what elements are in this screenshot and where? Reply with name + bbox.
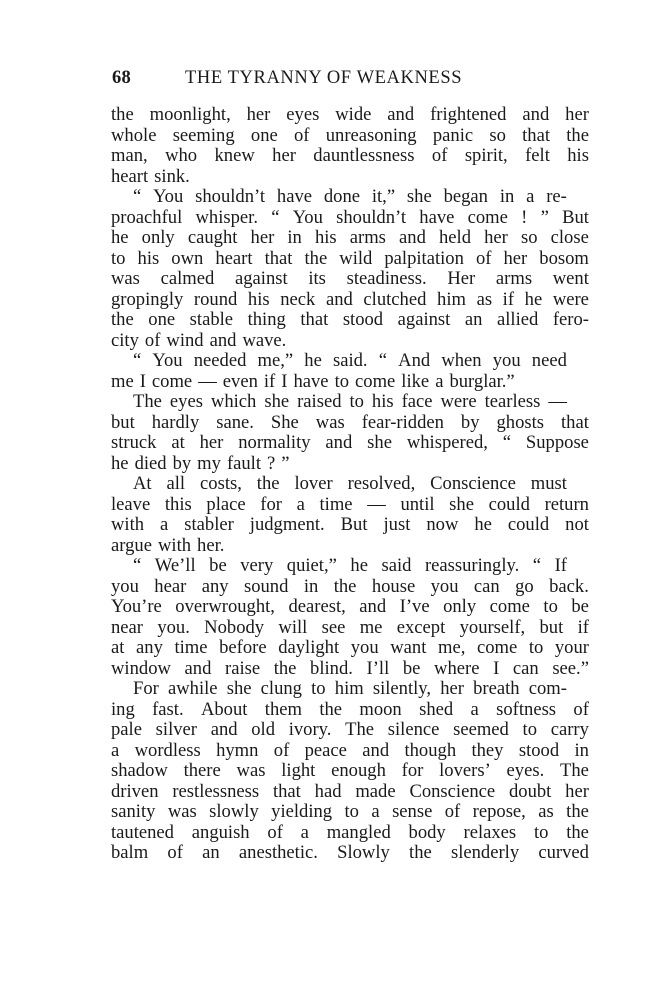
body-text: themoonlight,hereyeswideandfrightenedand…: [111, 105, 589, 864]
text-line: gropinglyroundhisneckandclutchedhimasifh…: [111, 290, 589, 311]
text-line: sanitywasslowlyyieldingtoasenseofrepose,…: [111, 802, 589, 823]
word: But: [341, 515, 368, 536]
word: eyes.: [507, 761, 545, 782]
word: to: [534, 823, 548, 844]
word: will: [278, 618, 307, 639]
word: I: [140, 372, 146, 393]
word: daylight: [278, 638, 339, 659]
word: to: [311, 679, 325, 700]
text-line-content: windowandraisetheblind.I’llbewhereIcanse…: [111, 659, 589, 680]
text-line-content: “Youneededme,”hesaid.“Andwhenyouneed: [133, 351, 567, 372]
word: judgment.: [250, 515, 325, 536]
word: carry: [551, 720, 589, 741]
word: her.: [197, 536, 224, 557]
word: sound: [244, 577, 288, 598]
word: The: [560, 761, 589, 782]
word: his: [567, 146, 589, 167]
word: were: [441, 392, 477, 413]
word: come: [152, 372, 192, 393]
word: her: [272, 146, 296, 167]
word: you: [431, 577, 459, 598]
word: own: [171, 249, 203, 270]
word: time: [174, 638, 207, 659]
word: reassuringly.: [425, 556, 519, 577]
word: in: [304, 577, 318, 598]
text-line: Forawhilesheclungtohimsilently,herbreath…: [111, 679, 589, 700]
word: its: [308, 269, 326, 290]
word: but: [111, 413, 135, 434]
word: mangled: [327, 823, 391, 844]
word: can: [513, 659, 539, 680]
word: costs,: [200, 474, 242, 495]
text-line: themoonlight,hereyeswideandfrightenedand…: [111, 105, 589, 126]
word: About: [201, 700, 247, 721]
word: lover: [294, 474, 332, 495]
word: anguish: [192, 823, 250, 844]
word: arms: [496, 269, 532, 290]
word: against: [398, 310, 451, 331]
word: shadow: [111, 761, 168, 782]
word: she: [264, 392, 289, 413]
text-line: proachfulwhisper.“Youshouldn’thavecome!”…: [111, 208, 589, 229]
word: have: [419, 208, 454, 229]
word: and: [387, 105, 414, 126]
word: she: [449, 495, 474, 516]
word: that: [273, 782, 301, 803]
word: dauntlessness: [313, 146, 414, 167]
word: If: [555, 556, 567, 577]
text-line: shadowtherewaslightenoughforlovers’eyes.…: [111, 761, 589, 782]
word: have: [277, 187, 312, 208]
word: them: [265, 700, 302, 721]
word: sanity: [111, 802, 155, 823]
text-line: atanytimebeforedaylightyouwantme,cometoy…: [111, 638, 589, 659]
word: blind.: [310, 659, 353, 680]
word: against: [235, 269, 288, 290]
text-line-content: awordlesshymnofpeaceandthoughtheystoodin: [111, 741, 589, 762]
text-line-content: ingfast.Aboutthemthemoonshedasoftnessof: [111, 700, 589, 721]
text-line-content: heonlycaughtherinhisarmsandheldhersoclos…: [111, 228, 589, 249]
word: and: [185, 659, 212, 680]
word: fault: [227, 454, 261, 475]
word: shouldn’t: [336, 208, 406, 229]
word: thing: [248, 310, 286, 331]
word: yielding: [271, 802, 332, 823]
word: when: [441, 351, 481, 372]
word: —: [548, 392, 567, 413]
word: She: [271, 413, 299, 434]
text-line: cityofwindandwave.: [111, 331, 589, 352]
word: the: [274, 659, 297, 680]
word: light: [281, 761, 315, 782]
word: they: [471, 741, 503, 762]
word: see: [322, 618, 346, 639]
word: and: [362, 741, 389, 762]
text-line-content: wholeseemingoneofunreasoningpanicsothatt…: [111, 126, 589, 147]
word: and: [326, 290, 353, 311]
word: arms: [350, 228, 386, 249]
word: go: [515, 577, 534, 598]
word: be: [403, 659, 421, 680]
word: this: [165, 495, 192, 516]
text-line: buthardlysane.Shewasfear-riddenbyghostst…: [111, 413, 589, 434]
word: The: [345, 720, 374, 741]
word: just: [384, 515, 411, 536]
word: balm: [111, 843, 148, 864]
word: by: [461, 413, 480, 434]
word: burglar.”: [449, 372, 514, 393]
word: moon: [359, 700, 401, 721]
text-line: Atallcosts,theloverresolved,Consciencemu…: [111, 474, 589, 495]
word: wind: [166, 331, 203, 352]
word: “: [133, 351, 141, 372]
word: any: [202, 577, 229, 598]
word: my: [197, 454, 221, 475]
word: caught: [188, 228, 238, 249]
word: he: [350, 556, 368, 577]
word: she: [407, 187, 432, 208]
word: I’ve: [400, 597, 430, 618]
text-line-content: “Youshouldn’thavedoneit,”shebeganinare-: [133, 187, 567, 208]
word: You: [153, 187, 183, 208]
word: to: [523, 720, 537, 741]
word: to: [529, 638, 543, 659]
word: Conscience: [430, 474, 516, 495]
word: wordless: [135, 741, 201, 762]
word: of: [476, 249, 492, 270]
text-line: youhearanysoundinthehouseyoucangoback.: [111, 577, 589, 598]
word: was: [111, 269, 140, 290]
word: a: [301, 823, 309, 844]
text-line-content: theonestablethingthatstoodagainstanallie…: [111, 310, 589, 331]
word: face: [402, 392, 433, 413]
word: moonlight,: [150, 105, 231, 126]
word: Nobody: [204, 618, 264, 639]
word: only: [443, 597, 476, 618]
word: sense: [392, 802, 432, 823]
word: could: [508, 515, 549, 536]
word: tearless: [485, 392, 541, 413]
word: ghosts: [496, 413, 544, 434]
word: hymn: [216, 741, 258, 762]
word: ”: [281, 454, 289, 475]
word: needed: [194, 351, 247, 372]
word: of: [445, 802, 461, 823]
word: that: [265, 249, 293, 270]
text-line: leavethisplaceforatime—untilshecouldretu…: [111, 495, 589, 516]
word: whole: [111, 126, 156, 147]
word: Slowly: [337, 843, 390, 864]
word: ?: [267, 454, 275, 475]
text-line: wholeseemingoneofunreasoningpanicsothatt…: [111, 126, 589, 147]
word: spirit,: [465, 146, 508, 167]
word: the: [409, 843, 432, 864]
word: calmed: [161, 269, 215, 290]
word: peace: [305, 741, 347, 762]
word: one: [251, 126, 278, 147]
word: shed: [419, 700, 453, 721]
word: breath: [473, 679, 519, 700]
word: the: [305, 249, 328, 270]
word: The: [133, 392, 162, 413]
word: argue: [111, 536, 152, 557]
text-line: “Youshouldn’thavedoneit,”shebeganinare-: [111, 187, 589, 208]
word: said: [381, 556, 411, 577]
word: but: [539, 618, 563, 639]
word: a: [371, 802, 379, 823]
word: very: [240, 556, 273, 577]
word: You’re: [111, 597, 162, 618]
text-line-content: balmofananesthetic.Slowlytheslenderlycur…: [111, 843, 589, 864]
word: softness: [496, 700, 556, 721]
word: began: [444, 187, 488, 208]
word: he: [474, 515, 492, 536]
word: he: [525, 290, 543, 311]
word: in: [287, 228, 301, 249]
text-line-content: Theeyeswhichsheraisedtohisfaceweretearle…: [133, 392, 567, 413]
word: me,”: [258, 351, 294, 372]
word: at: [171, 433, 184, 454]
word: eyes: [286, 105, 319, 126]
word: near: [111, 618, 143, 639]
word: “: [379, 351, 387, 372]
text-line: heonlycaughtherinhisarmsandheldhersoclos…: [111, 228, 589, 249]
word: “: [133, 556, 141, 577]
word: house: [372, 577, 415, 598]
word: me: [111, 372, 134, 393]
word: not: [565, 515, 589, 536]
word: her: [200, 433, 224, 454]
word: her: [251, 228, 275, 249]
word: held: [439, 228, 471, 249]
text-line: “Youneededme,”hesaid.“Andwhenyouneed: [111, 351, 589, 372]
word: pale: [111, 720, 142, 741]
word: silently,: [373, 679, 431, 700]
word: me,: [438, 638, 465, 659]
word: a: [297, 495, 305, 516]
text-line: nearyou.Nobodywillseemeexceptyourself,bu…: [111, 618, 589, 639]
word: have: [293, 372, 328, 393]
word: ”: [541, 208, 549, 229]
text-line-content: buthardlysane.Shewasfear-riddenbyghostst…: [111, 413, 589, 434]
text-line-content: “We’llbeveryquiet,”hesaidreassuringly.“I…: [133, 556, 567, 577]
word: city: [111, 331, 139, 352]
text-line-content: struckathernormalityandshewhispered,“Sup…: [111, 433, 589, 454]
word: like: [401, 372, 429, 393]
word: palpitation: [384, 249, 464, 270]
word: seemed: [453, 720, 509, 741]
text-line-content: palesilverandoldivory.Thesilenceseemedto…: [111, 720, 589, 741]
word: round: [194, 290, 237, 311]
text-line-content: wascalmedagainstitssteadiness.Herarmswen…: [111, 269, 589, 290]
word: restlessness: [172, 782, 259, 803]
word: need: [532, 351, 567, 372]
text-line: drivenrestlessnessthathadmadeConscienced…: [111, 782, 589, 803]
word: had: [315, 782, 342, 803]
running-head: 68 THE TYRANNY OF WEAKNESS: [111, 66, 589, 90]
text-line: arguewithher.: [111, 536, 589, 557]
word: fast.: [152, 700, 184, 721]
word: the: [566, 126, 589, 147]
word: I: [281, 372, 287, 393]
word: me: [360, 618, 383, 639]
word: though: [404, 741, 456, 762]
word: you.: [157, 618, 190, 639]
text-line-content: Atallcosts,theloverresolved,Consciencemu…: [133, 474, 567, 495]
word: his: [372, 392, 394, 413]
word: one: [148, 310, 175, 331]
word: until: [400, 495, 434, 516]
word: com-: [529, 679, 567, 700]
word: come: [355, 372, 395, 393]
word: And: [398, 351, 430, 372]
word: Suppose: [526, 433, 589, 454]
word: you: [493, 351, 521, 372]
word: be: [571, 597, 589, 618]
word: died: [135, 454, 167, 475]
word: stabler: [184, 515, 234, 536]
word: and: [211, 720, 238, 741]
text-line: ingfast.Aboutthemthemoonshedasoftnessof: [111, 700, 589, 721]
word: be: [209, 556, 227, 577]
word: silence: [388, 720, 440, 741]
word: lovers’: [439, 761, 491, 782]
text-line-content: atanytimebeforedaylightyouwantme,cometoy…: [111, 638, 589, 659]
word: body: [409, 823, 446, 844]
word: in: [574, 741, 588, 762]
word: he: [111, 454, 129, 475]
word: of: [267, 823, 283, 844]
text-line: wascalmedagainstitssteadiness.Herarmswen…: [111, 269, 589, 290]
word: normality: [238, 433, 310, 454]
text-line-content: proachfulwhisper.“Youshouldn’thavecome!”…: [111, 208, 589, 229]
word: a: [471, 700, 479, 721]
word: yourself,: [460, 618, 526, 639]
word: bosom: [539, 249, 589, 270]
word: shouldn’t: [195, 187, 265, 208]
word: done: [324, 187, 360, 208]
word: it,”: [372, 187, 395, 208]
word: went: [553, 269, 589, 290]
word: if: [578, 618, 589, 639]
word: a: [160, 515, 168, 536]
word: there: [184, 761, 221, 782]
text-line-content: themoonlight,hereyeswideandfrightenedand…: [111, 105, 589, 126]
word: for: [260, 495, 282, 516]
word: only: [142, 228, 175, 249]
word: her: [565, 105, 589, 126]
text-line-content: Forawhilesheclungtohimsilently,herbreath…: [133, 679, 567, 700]
text-line-content: gropinglyroundhisneckandclutchedhimasifh…: [111, 290, 589, 311]
word: the: [319, 700, 342, 721]
word: her: [247, 105, 271, 126]
word: which: [211, 392, 256, 413]
word: that: [522, 126, 550, 147]
text-line-content: drivenrestlessnessthathadmadeConscienced…: [111, 782, 589, 803]
word: whisper.: [195, 208, 258, 229]
word: clung: [261, 679, 302, 700]
word: —: [198, 372, 217, 393]
text-line-content: withastablerjudgment.Butjustnowhecouldno…: [111, 515, 589, 536]
word: unreasoning: [326, 126, 417, 147]
word: in: [500, 187, 514, 208]
word: struck: [111, 433, 156, 454]
word: For: [133, 679, 159, 700]
word: tautened: [111, 823, 174, 844]
word: to: [345, 802, 359, 823]
word: I’ll: [367, 659, 390, 680]
word: made: [355, 782, 395, 803]
text-line: meIcome—evenifIhavetocomelikeaburglar.”: [111, 372, 589, 393]
word: wave.: [242, 331, 286, 352]
word: repose,: [473, 802, 526, 823]
word: We’ll: [155, 556, 196, 577]
text-line-content: nearyou.Nobodywillseemeexceptyourself,bu…: [111, 618, 589, 639]
word: said.: [333, 351, 368, 372]
word: Her: [447, 269, 475, 290]
text-line: tohisownheartthatthewildpalpitationofher…: [111, 249, 589, 270]
word: I: [493, 659, 499, 680]
word: steadiness.: [347, 269, 427, 290]
word: by: [173, 454, 192, 475]
text-line: hediedbymyfault?”: [111, 454, 589, 475]
text-line: man,whoknewherdauntlessnessofspirit,felt…: [111, 146, 589, 167]
word: stood: [519, 741, 559, 762]
word: was: [168, 802, 197, 823]
text-line: Theeyeswhichsheraisedtohisfaceweretearle…: [111, 392, 589, 413]
word: “: [503, 433, 511, 454]
word: an: [465, 310, 483, 331]
word: heart: [215, 249, 252, 270]
word: time: [320, 495, 353, 516]
page-number: 68: [112, 66, 131, 90]
word: wild: [339, 249, 372, 270]
word: her: [484, 228, 508, 249]
text-line: tautenedanguishofamangledbodyrelaxestoth…: [111, 823, 589, 844]
text-line-content: leavethisplaceforatime—untilshecouldretu…: [111, 495, 589, 516]
word: and: [522, 105, 549, 126]
word: of: [573, 700, 589, 721]
text-line: balmofananesthetic.Slowlytheslenderlycur…: [111, 843, 589, 864]
word: man,: [111, 146, 148, 167]
word: raised: [297, 392, 341, 413]
word: now: [426, 515, 458, 536]
word: except: [397, 618, 446, 639]
word: to: [111, 249, 125, 270]
word: “: [133, 187, 141, 208]
word: was: [237, 761, 266, 782]
word: you: [351, 638, 379, 659]
word: clutched: [363, 290, 426, 311]
word: with: [111, 515, 144, 536]
word: if: [503, 290, 514, 311]
word: of: [432, 146, 448, 167]
word: driven: [111, 782, 159, 803]
text-line: theonestablethingthatstoodagainstanallie…: [111, 310, 589, 331]
word: that: [300, 310, 328, 331]
word: where: [434, 659, 479, 680]
text-line: withastablerjudgment.Butjustnowhecouldno…: [111, 515, 589, 536]
word: eyes: [170, 392, 203, 413]
word: of: [294, 126, 310, 147]
word: a: [526, 187, 534, 208]
text-line-content: heartsink.: [111, 167, 589, 188]
word: proachful: [111, 208, 182, 229]
text-line-content: youhearanysoundinthehouseyoucangoback.: [111, 577, 589, 598]
word: the: [111, 105, 134, 126]
text-line-content: shadowtherewaslightenoughforlovers’eyes.…: [111, 761, 589, 782]
word: anesthetic.: [239, 843, 318, 864]
